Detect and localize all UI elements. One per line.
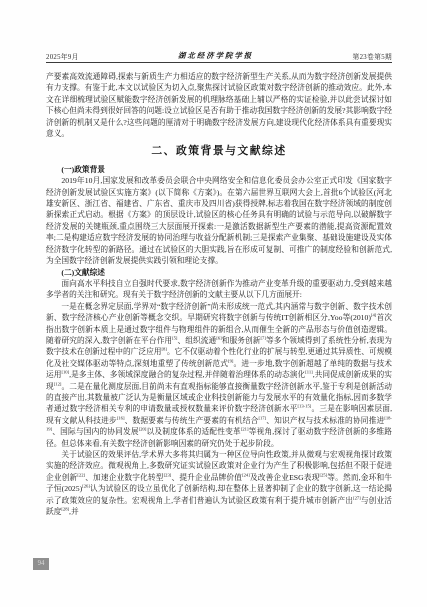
paragraph-literature-intro: 面向高水平科技自立自强时代要求,数字经济创新作为推动产业变革升级的重要驱动力,受…: [46, 278, 392, 301]
paragraph-pilot-zone-evaluation: 关于试验区的效果评估,学术界大多将其归属为一种区位导向性政策,并从微观与宏观视角…: [46, 449, 392, 517]
paragraph-continuation: 产要素高效流通障碍,探索与新质生产力相适应的数字经济新型生产关系,从而为数字经济…: [46, 71, 392, 139]
article-body: 产要素高效流通障碍,探索与新质生产力相适应的数字经济新型生产关系,从而为数字经济…: [46, 71, 392, 517]
paragraph-literature-digital-innovation: 一是在概念界定层面,学界对“数字经济创新”尚未形成统一范式,其内涵常与数字创新、…: [46, 301, 392, 449]
page-number-badge: 94: [33, 558, 49, 570]
subsection-heading-literature-review: (二)文献综述: [46, 267, 392, 278]
header-date: 2025年9月: [46, 51, 79, 61]
section-heading: 二、政策背景与文献综述: [46, 146, 392, 157]
page-header: 2025年9月 湖北经济学院学报 第23卷第5期: [46, 50, 392, 61]
journal-page: 2025年9月 湖北经济学院学报 第23卷第5期 产要素高效流通障碍,探索与新质…: [0, 0, 427, 607]
header-journal-title: 湖北经济学院学报: [178, 50, 253, 61]
paragraph-policy-background: 2019年10月,国家发展和改革委员会联合中央网络安全和信息化委员会办公室正式印…: [46, 175, 392, 266]
subsection-heading-policy-background: (一)政策背景: [46, 164, 392, 175]
header-issue: 第23卷第5期: [353, 51, 392, 61]
header-divider: [46, 62, 392, 63]
